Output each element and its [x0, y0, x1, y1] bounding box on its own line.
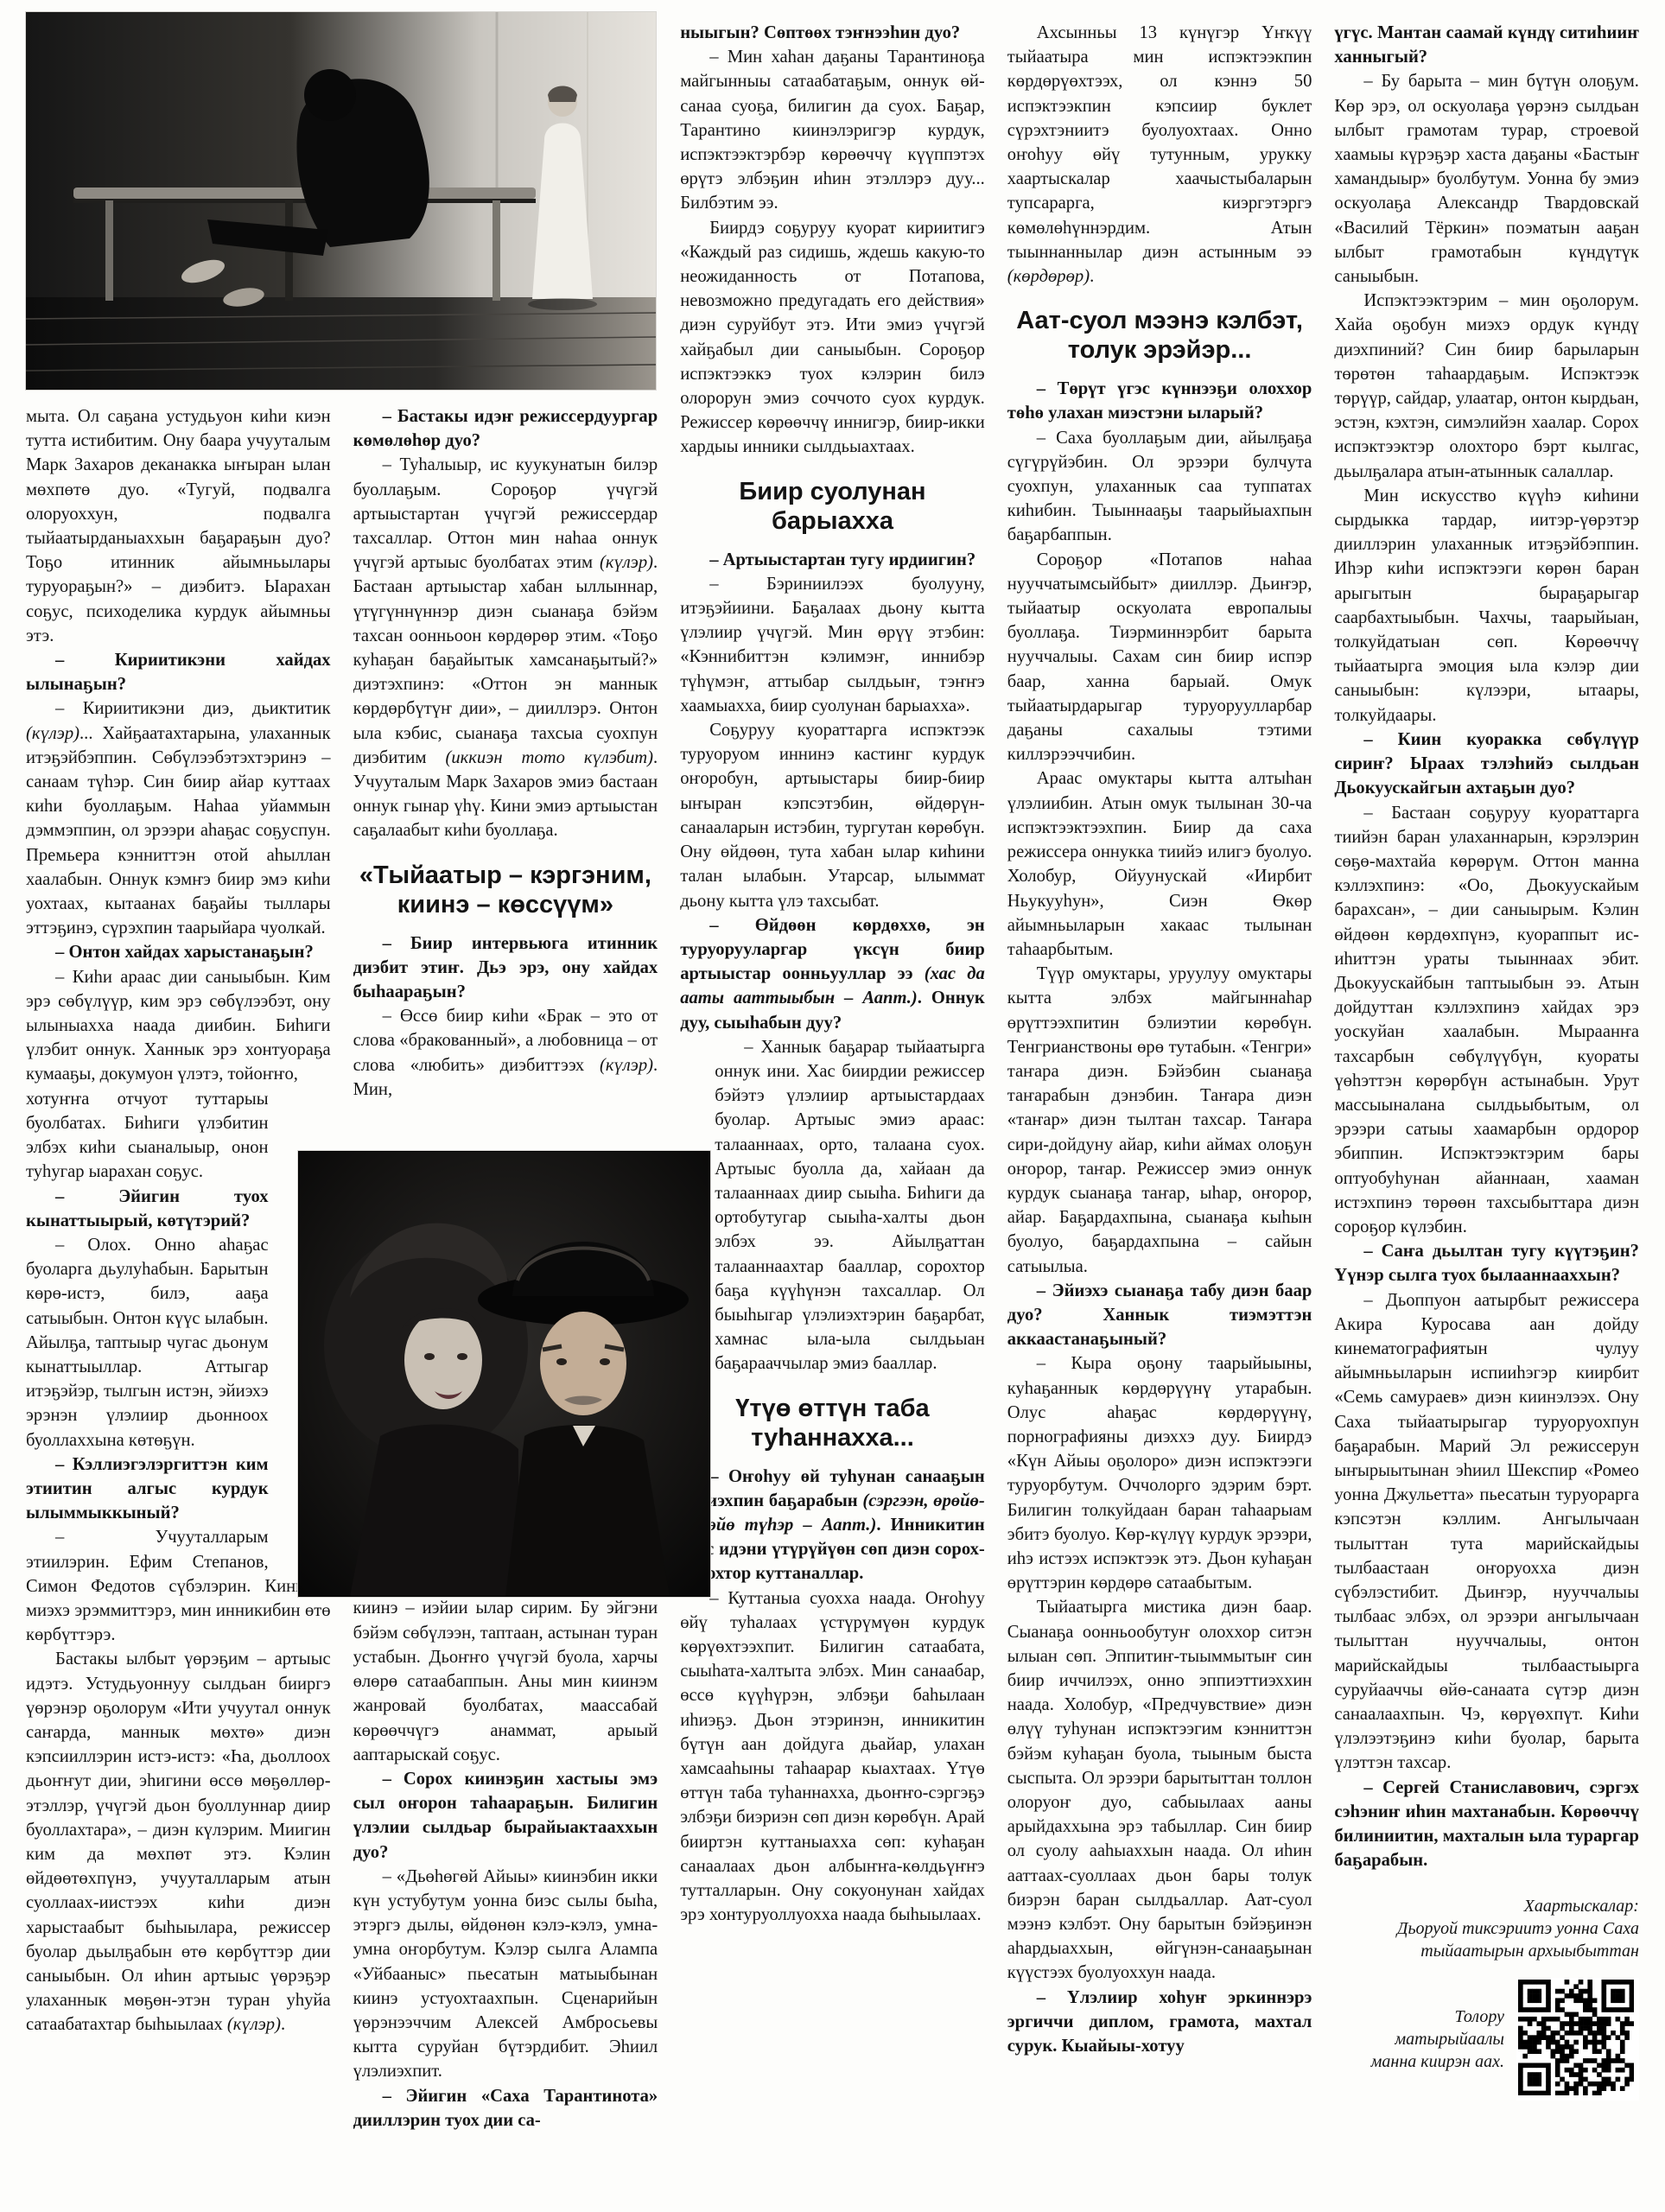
question-paragraph: – Саҥа дьылтан тугу күүтэҕин? Үүнэр сылг…	[1334, 1239, 1639, 1287]
question-paragraph: – Киин куоракка сөбүлүүр сириҥ? Ыраах тэ…	[1334, 728, 1639, 801]
answer-paragraph: – Бу барыта – мин бүтүн олоҕум. Көр эрэ,…	[1334, 69, 1639, 289]
answer-paragraph: – Киһи араас дии саныыбын. Ким эрэ сөбүл…	[26, 965, 331, 1087]
answer-paragraph: – Бастаан соҕуруу куораттарга тиийэн бар…	[1334, 801, 1639, 1240]
body-paragraph: Мин искусство күүһэ киһини сырдыкка тард…	[1334, 484, 1639, 728]
column-5: үгүс. Мантан саамай күндү ситиһииҥ ханны…	[1334, 21, 1639, 2195]
column-3: ныыгын? Сөптөөх тэҥнээһин дуо?– Мин хаһа…	[680, 21, 985, 2195]
body-paragraph: Сороҕор «Потапов наһаа нууччатымсыйбыт» …	[1007, 548, 1312, 767]
answer-paragraph: – Ханнык баҕарар тыйаатырга оннук ини. Х…	[680, 1035, 985, 1376]
answer-paragraph: – Куттаныа суохха наада. Оҥоһуу өйү туһа…	[680, 1586, 985, 1928]
question-paragraph: – Артыыстартан тугу ирдиигин?	[680, 548, 985, 572]
answer-paragraph: – Кириитикэни диэ, дьиктитик (күлэр)... …	[26, 696, 331, 940]
body-paragraph: Түүр омуктары, уруулуу омуктары кытта эл…	[1007, 962, 1312, 1279]
question-paragraph: – Төрүт үгэс күннээҕи олоххор төһө улаха…	[1007, 377, 1312, 425]
answer-paragraph: – Дьоппуон аатырбыт режиссера Акира Куро…	[1334, 1288, 1639, 1776]
question-paragraph: – Бастакы идэҥ режиссердуургар көмөлөһөр…	[353, 404, 658, 453]
answer-paragraph: – Бэриниилээх буолууну, итэҕэйиини. Баҕа…	[680, 572, 985, 718]
actors-portrait-image	[298, 1151, 710, 1597]
section-heading: Үтүө өттүн таба туһаннахха...	[685, 1394, 980, 1452]
body-paragraph: Биирдэ соҕуруу куорат кириитигэ «Каждый …	[680, 216, 985, 460]
answer-paragraph: – Кыра оҕону таарыйыыны, куһаҕаннык көрд…	[1007, 1351, 1312, 1595]
question-paragraph: – Онтон хайдах харыстанаҕын?	[26, 940, 331, 964]
question-paragraph: – Кириитикэни хайдах ылынаҕын?	[26, 648, 331, 696]
section-heading: Биир суолунан барыахха	[685, 477, 980, 536]
actors-portrait-photo	[298, 1151, 710, 1597]
photo-credit: Хаартыскалар: Дьоруой тиксэриитэ уонна С…	[1334, 1895, 1639, 1962]
question-paragraph: – Оҥоһуу өй туһунан санааҕын истиэхпин б…	[680, 1465, 985, 1586]
answer-paragraph: – Саха буоллаҕым дии, айылҕаҕа сүгүрүйэб…	[1007, 426, 1312, 548]
body-paragraph: Тыйаатырга мистика диэн баар. Сыанаҕа оо…	[1007, 1595, 1312, 1985]
answer-paragraph: – «Дьөһөгөй Айыы» киинэбин икки күн усту…	[353, 1865, 658, 2084]
answer-paragraph: – Өссө биир киһи «Брак – это от слова «б…	[353, 1004, 658, 1102]
body-paragraph: Ахсынньы 13 күнүгэр Үҥкүү тыйаатыра мин …	[1007, 21, 1312, 289]
question-paragraph: – Сергей Станиславович, сэргэх сэһэниҥ и…	[1334, 1776, 1639, 1873]
question-paragraph: – Үлэлиир хоһуҥ эркиннэрэ эргиччи диплом…	[1007, 1986, 1312, 2059]
body-paragraph: Бастакы ылбыт үөрэҕим – артыыс идэтэ. Ус…	[26, 1647, 331, 2037]
stage-scene-image	[26, 12, 656, 390]
question-paragraph: – Эйиэхэ сыанаҕа табу диэн баар дуо? Хан…	[1007, 1279, 1312, 1352]
body-paragraph: Араас омуктары кытта алтыһан үлэлиибин. …	[1007, 766, 1312, 962]
question-paragraph: – Биир интервьюга итинник диэбит этиҥ. Д…	[353, 931, 658, 1005]
answer-paragraph: – Туһалыыр, ис куукунатын билэр буоллаҕы…	[353, 453, 658, 842]
answer-paragraph: – Мин хаһан даҕаны Тарантиноҕа майгынныы…	[680, 45, 985, 215]
column-4: Ахсынньы 13 күнүгэр Үҥкүү тыйаатыра мин …	[1007, 21, 1312, 2195]
body-paragraph: Соҕуруу куораттарга испэктээк туруоруом …	[680, 718, 985, 913]
question-paragraph: – Өйдөөн көрдөххө, эн туруорууларгар үкс…	[680, 913, 985, 1035]
question-paragraph: – Сорох киинэҕин хастыы эмэ сыл оҥорон т…	[353, 1767, 658, 1865]
answer-paragraph: мыта. Ол саҕана устудьуон киһи киэн тутт…	[26, 404, 331, 648]
newspaper-page: мыта. Ол саҕана устудьуон киһи киэн тутт…	[0, 0, 1665, 2212]
qr-code	[1516, 1978, 1639, 2101]
qr-note: Толору матырыйаалы манна киирэн аах.	[1349, 2005, 1504, 2073]
question-paragraph: – Эйигин «Саха Тарантинота» дииллэрин ту…	[353, 2084, 658, 2133]
section-heading: «Тыйаатыр – кэргэним, киинэ – көссүүм»	[359, 861, 653, 919]
section-heading: Аат-суол мээнэ кэлбэт, толук эрэйэр...	[1013, 306, 1307, 365]
body-paragraph: Испэктээктэрим – мин оҕолорум. Хайа оҕоб…	[1334, 289, 1639, 484]
question-paragraph: үгүс. Мантан саамай күндү ситиһииҥ ханны…	[1334, 21, 1639, 69]
question-paragraph: ныыгын? Сөптөөх тэҥнээһин дуо?	[680, 21, 985, 45]
stage-scene-photo	[26, 12, 656, 390]
qr-section: Толору матырыйаалы манна киирэн аах.	[1334, 1978, 1639, 2101]
